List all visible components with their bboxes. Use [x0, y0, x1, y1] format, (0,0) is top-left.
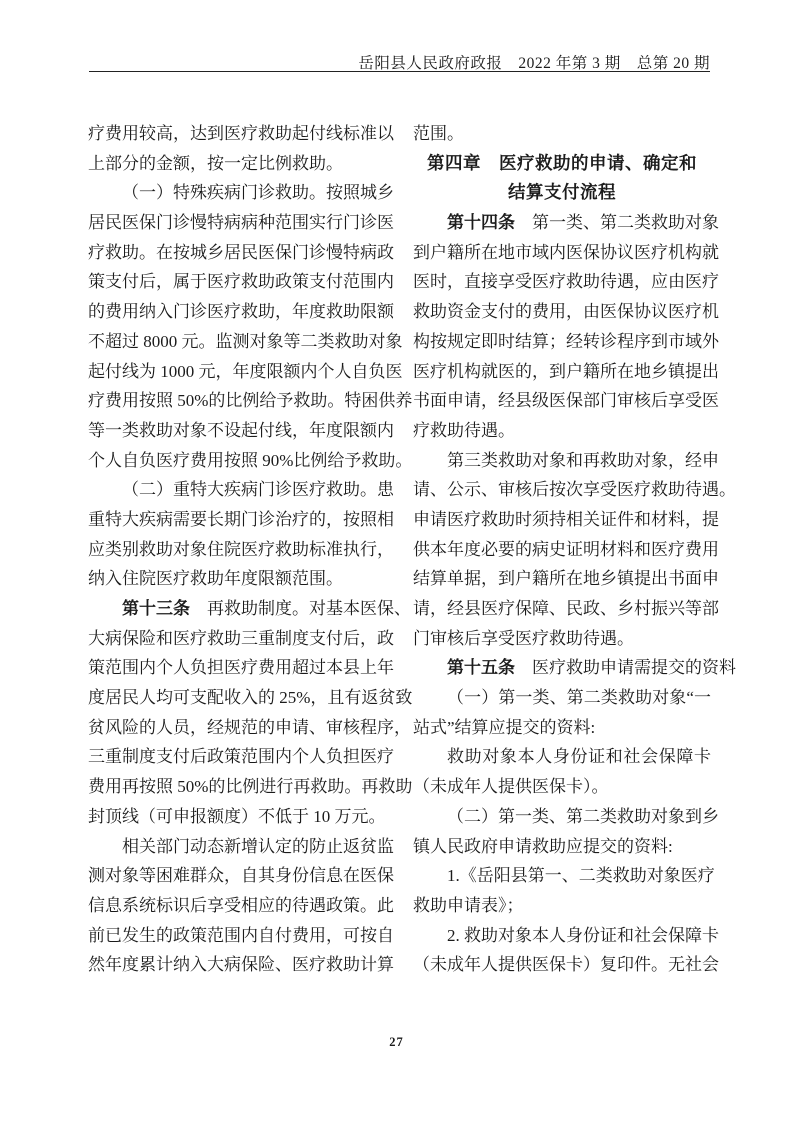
- text-line: 大病保险和医疗救助三重制度支付后，政: [88, 624, 390, 654]
- text-line: 结算单据，到户籍所在地乡镇提出书面申: [413, 564, 711, 594]
- article-text: 医疗救助申请需提交的资料: [515, 658, 736, 677]
- header-title: 岳阳县人民政府政报 2022 年第 3 期 总第 20 期: [358, 55, 710, 72]
- page-number: 27: [0, 1035, 793, 1050]
- text-line: （未成年人提供医保卡）复印件。无社会: [413, 950, 711, 980]
- text-line: 的费用纳入门诊医疗救助，年度救助限额: [88, 297, 390, 327]
- right-column: 范围。 第四章 医疗救助的申请、确定和 结算支付流程 第十四条 第一类、第二类救…: [413, 119, 711, 980]
- article-number: 第十四条: [447, 213, 515, 232]
- text-line: （二）重特大疾病门诊医疗救助。患: [88, 475, 390, 505]
- text-line: 居民医保门诊慢特病病种范围实行门诊医: [88, 208, 390, 238]
- text-line: 贫风险的人员，经规范的申请、审核程序，: [88, 713, 390, 743]
- text-line: 不超过 8000 元。监测对象等二类救助对象: [88, 327, 390, 357]
- text-line: 构按规定即时结算；经转诊程序到市域外: [413, 327, 711, 357]
- text-line: 范围。: [413, 119, 711, 149]
- text-line: 前已发生的政策范围内自付费用，可按自: [88, 921, 390, 951]
- header-rule: [89, 71, 710, 72]
- text-line: （未成年人提供医保卡）。: [413, 772, 711, 802]
- article-number: 第十三条: [122, 599, 190, 618]
- text-line: 测对象等困难群众，自其身份信息在医保: [88, 861, 390, 891]
- text-line: 申请医疗救助时须持相关证件和材料，提: [413, 505, 711, 535]
- text-line: 纳入住院医疗救助年度限额范围。: [88, 564, 390, 594]
- text-line: 镇人民政府申请救助应提交的资料:: [413, 832, 711, 862]
- text-line: 策支付后，属于医疗救助政策支付范围内: [88, 267, 390, 297]
- chapter-heading-line: 第四章 医疗救助的申请、确定和: [413, 149, 711, 179]
- text-line: 救助申请表》；: [413, 891, 711, 921]
- text-line: 书面申请，经县级医保部门审核后享受医: [413, 386, 711, 416]
- text-line: 疗救助待遇。: [413, 416, 711, 446]
- text-line: 2. 救助对象本人身份证和社会保障卡: [413, 921, 711, 951]
- article-text: 再救助制度。对基本医保、: [190, 599, 411, 618]
- text-line: 1.《岳阳县第一、二类救助对象医疗: [413, 861, 711, 891]
- text-line: 信息系统标识后享受相应的待遇政策。此: [88, 891, 390, 921]
- text-line: 策范围内个人负担医疗费用超过本县上年: [88, 653, 390, 683]
- text-line: 第十五条 医疗救助申请需提交的资料: [413, 653, 711, 683]
- text-line: 医时，直接享受医疗救助待遇，应由医疗: [413, 267, 711, 297]
- text-line: 疗费用按照 50%的比例给予救助。特困供养: [88, 386, 390, 416]
- text-line: 疗救助。在按城乡居民医保门诊慢特病政: [88, 238, 390, 268]
- text-line: 封顶线（可申报额度）不低于 10 万元。: [88, 802, 390, 832]
- text-line: 费用再按照 50%的比例进行再救助。再救助: [88, 772, 390, 802]
- text-line: 站式”结算应提交的资料:: [413, 713, 711, 743]
- text-line: 到户籍所在地市域内医保协议医疗机构就: [413, 238, 711, 268]
- text-line: 请、公示、审核后按次享受医疗救助待遇。: [413, 475, 711, 505]
- text-line: 度居民人均可支配收入的 25%，且有返贫致: [88, 683, 390, 713]
- text-line: 等一类救助对象不设起付线，年度限额内: [88, 416, 390, 446]
- text-line: 三重制度支付后政策范围内个人负担医疗: [88, 742, 390, 772]
- text-line: 个人自负医疗费用按照 90%比例给予救助。: [88, 446, 390, 476]
- text-line: 救助对象本人身份证和社会保障卡: [413, 742, 711, 772]
- page-header: 岳阳县人民政府政报 2022 年第 3 期 总第 20 期: [358, 51, 710, 73]
- text-line: （二）第一类、第二类救助对象到乡: [413, 802, 711, 832]
- text-line: 重特大疾病需要长期门诊治疗的，按照相: [88, 505, 390, 535]
- article-number: 第十五条: [447, 658, 515, 677]
- left-column: 疗费用较高，达到医疗救助起付线标准以 上部分的金额，按一定比例救助。 （一）特殊…: [88, 119, 390, 980]
- text-line: 应类别救助对象住院医疗救助标准执行，: [88, 535, 390, 565]
- text-line: 相关部门动态新增认定的防止返贫监: [88, 832, 390, 862]
- text-line: 救助资金支付的费用，由医保协议医疗机: [413, 297, 711, 327]
- text-line: 第十三条 再救助制度。对基本医保、: [88, 594, 390, 624]
- text-line: 医疗机构就医的，到户籍所在地乡镇提出: [413, 357, 711, 387]
- article-text: 第一类、第二类救助对象: [515, 213, 719, 232]
- text-line: 第三类救助对象和再救助对象，经申: [413, 446, 711, 476]
- text-line: （一）第一类、第二类救助对象“一: [413, 683, 711, 713]
- chapter-heading-line: 结算支付流程: [413, 178, 711, 208]
- text-line: 然年度累计纳入大病保险、医疗救助计算: [88, 950, 390, 980]
- text-line: 疗费用较高，达到医疗救助起付线标准以: [88, 119, 390, 149]
- text-line: 上部分的金额，按一定比例救助。: [88, 149, 390, 179]
- text-line: 起付线为 1000 元，年度限额内个人自负医: [88, 357, 390, 387]
- text-line: 请，经县医疗保障、民政、乡村振兴等部: [413, 594, 711, 624]
- text-line: （一）特殊疾病门诊救助。按照城乡: [88, 178, 390, 208]
- text-line: 供本年度必要的病史证明材料和医疗费用: [413, 535, 711, 565]
- document-page: 岳阳县人民政府政报 2022 年第 3 期 总第 20 期 疗费用较高，达到医疗…: [0, 0, 793, 1122]
- text-line: 门审核后享受医疗救助待遇。: [413, 624, 711, 654]
- text-line: 第十四条 第一类、第二类救助对象: [413, 208, 711, 238]
